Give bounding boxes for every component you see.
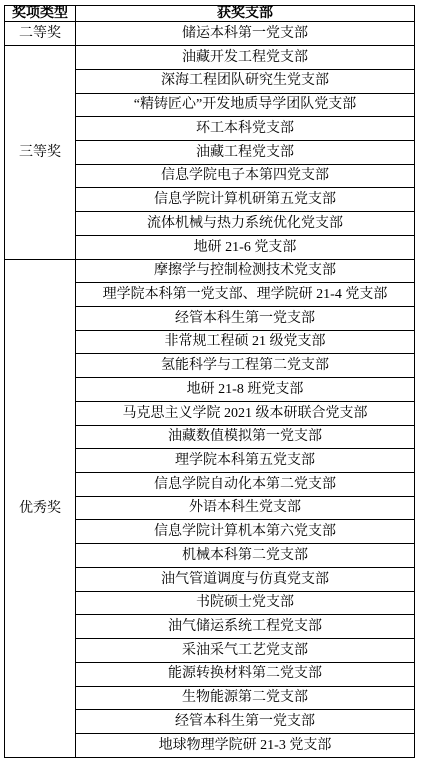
branch-cell: 摩擦学与控制检测技术党支部: [76, 259, 415, 283]
branch-cell: 理学院本科第五党支部: [76, 449, 415, 473]
branch-cell: 机械本科第二党支部: [76, 544, 415, 568]
branch-cell: 信息学院电子本第四党支部: [76, 164, 415, 188]
branch-cell: 采油采气工艺党支部: [76, 639, 415, 663]
branch-cell: 书院硕士党支部: [76, 591, 415, 615]
table-row: 优秀奖摩擦学与控制检测技术党支部: [5, 259, 415, 283]
branch-cell: 储运本科第一党支部: [76, 22, 415, 46]
branch-cell: “精铸匠心”开发地质导学团队党支部: [76, 93, 415, 117]
branch-cell: 信息学院计算机研第五党支部: [76, 188, 415, 212]
branch-cell: 马克思主义学院 2021 级本研联合党支部: [76, 401, 415, 425]
branch-cell: 环工本科党支部: [76, 117, 415, 141]
branch-cell: 油气储运系统工程党支部: [76, 615, 415, 639]
branch-cell: 油藏开发工程党支部: [76, 46, 415, 70]
branch-cell: 油藏数值模拟第一党支部: [76, 425, 415, 449]
award-type-cell: 优秀奖: [5, 259, 76, 757]
branch-cell: 地研 21-8 班党支部: [76, 378, 415, 402]
branch-cell: 非常规工程硕 21 级党支部: [76, 330, 415, 354]
column-header-award-type: 奖项类型: [5, 6, 76, 22]
branch-cell: 外语本科生党支部: [76, 496, 415, 520]
branch-cell: 理学院本科第一党支部、理学院研 21-4 党支部: [76, 283, 415, 307]
award-type-cell: 三等奖: [5, 46, 76, 259]
table-row: 三等奖油藏开发工程党支部: [5, 46, 415, 70]
branch-cell: 流体机械与热力系统优化党支部: [76, 212, 415, 236]
column-header-branch: 获奖支部: [76, 6, 415, 22]
document-page: 奖项类型 获奖支部 二等奖储运本科第一党支部三等奖油藏开发工程党支部深海工程团队…: [0, 0, 422, 763]
award-type-cell: 二等奖: [5, 22, 76, 46]
table-row: 二等奖储运本科第一党支部: [5, 22, 415, 46]
branch-cell: 氢能科学与工程第二党支部: [76, 354, 415, 378]
branch-cell: 信息学院计算机本第六党支部: [76, 520, 415, 544]
branch-cell: 生物能源第二党支部: [76, 686, 415, 710]
branch-cell: 油气管道调度与仿真党支部: [76, 567, 415, 591]
award-table: 奖项类型 获奖支部 二等奖储运本科第一党支部三等奖油藏开发工程党支部深海工程团队…: [4, 5, 415, 758]
branch-cell: 信息学院自动化本第二党支部: [76, 473, 415, 497]
branch-cell: 地球物理学院研 21-3 党支部: [76, 733, 415, 757]
branch-cell: 经管本科生第一党支部: [76, 710, 415, 734]
branch-cell: 经管本科生第一党支部: [76, 307, 415, 331]
branch-cell: 油藏工程党支部: [76, 140, 415, 164]
branch-cell: 深海工程团队研究生党支部: [76, 69, 415, 93]
branch-cell: 能源转换材料第二党支部: [76, 662, 415, 686]
branch-cell: 地研 21-6 党支部: [76, 235, 415, 259]
header-row: 奖项类型 获奖支部: [5, 6, 415, 22]
